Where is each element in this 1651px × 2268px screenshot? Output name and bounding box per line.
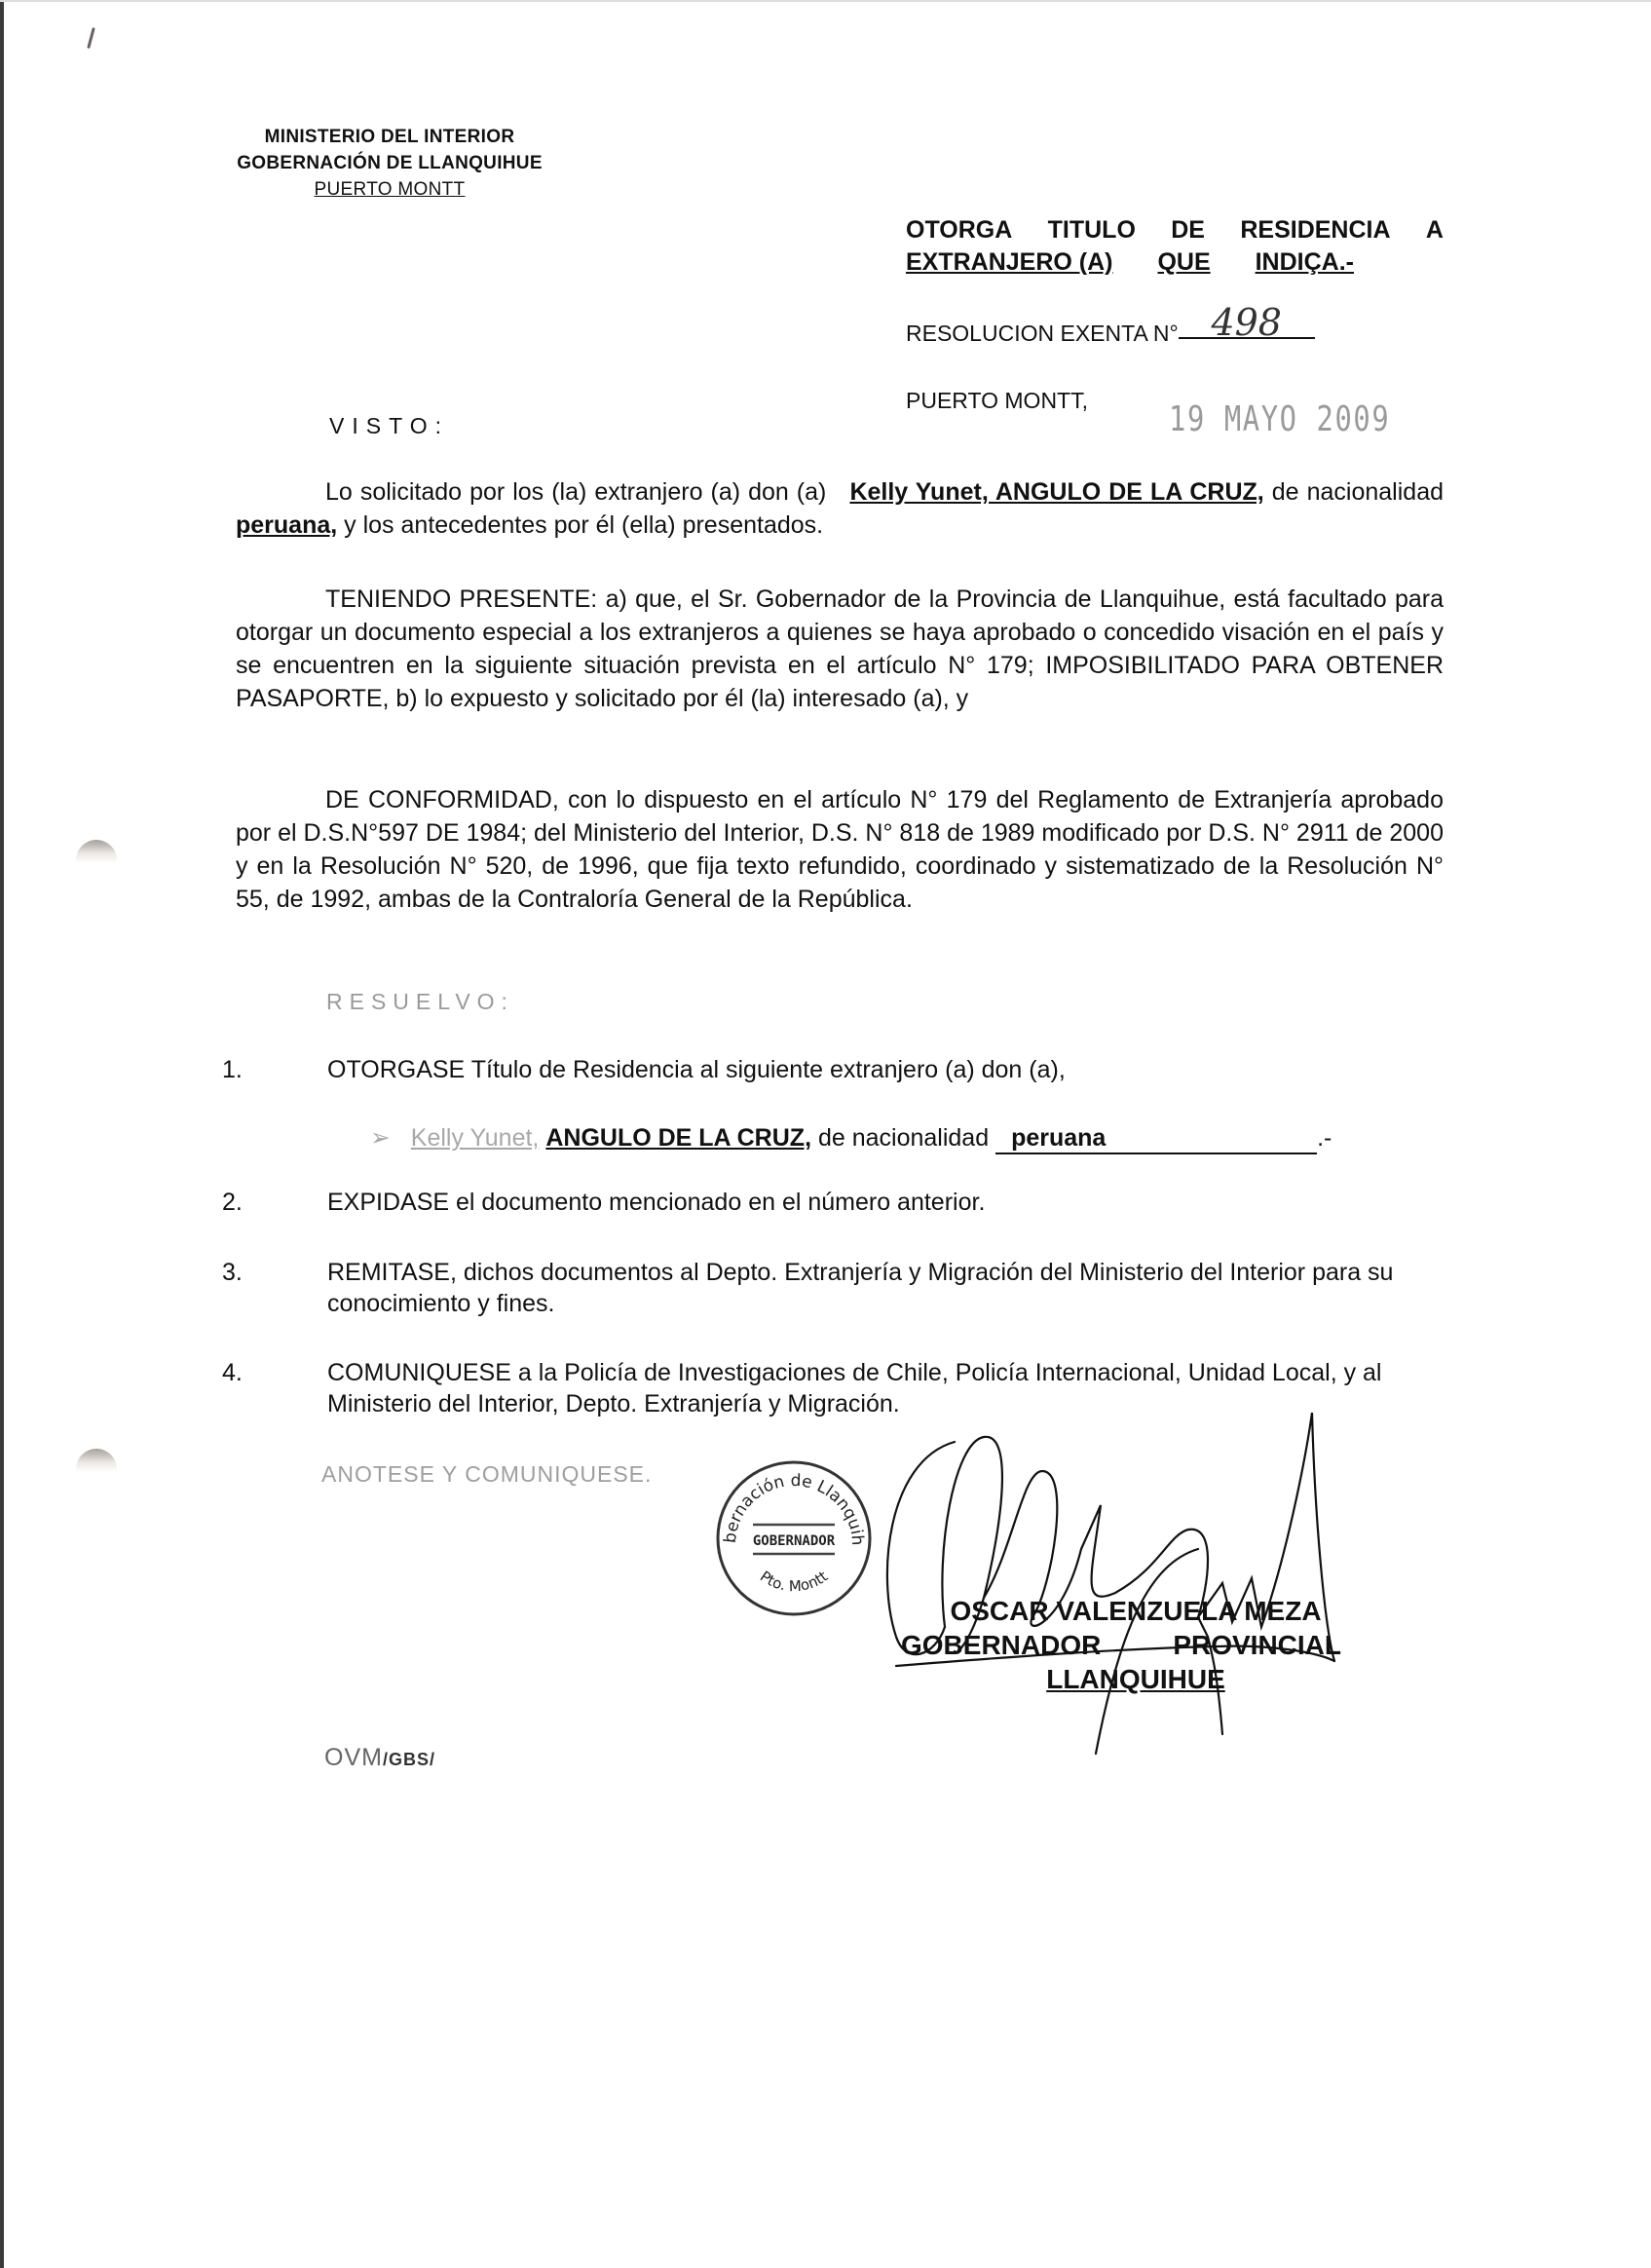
title-line-2: EXTRANJERO (A)QUEINDIÇA.- [906,246,1354,279]
item-number: 3. [222,1257,243,1288]
resolution-item-3: 3. REMITASE, dichos documentos al Depto.… [222,1257,1449,1319]
visto-heading: VISTO: [329,413,449,439]
beneficiary-nationality: peruana [1011,1124,1106,1152]
scan-artifact-mark [87,27,95,49]
visto-paragraph: Lo solicitado por los (la) extranjero (a… [236,475,1444,542]
beneficiary-surname: ANGULO DE LA CRUZ, [545,1124,811,1152]
title-word: QUE [1157,246,1210,279]
title-word: A [1426,214,1444,246]
initials-main: OVM [324,1744,383,1771]
svg-text:Pto. Montt: Pto. Montt [757,1568,831,1595]
resuelvo-heading: RESUELVO: [326,989,514,1015]
issuer-header: MINISTERIO DEL INTERIOR GOBERNACIÓN DE L… [224,124,555,203]
item-text: EXPIDASE el documento mencionado en el n… [327,1187,1449,1218]
title-line-1: OTORGATITULODERESIDENCIAA [906,214,1444,246]
item-number: 4. [222,1357,243,1388]
signer-block: OSCAR VALENZUELA MEZA GOBERNADOR PROVINC… [901,1594,1341,1696]
handwritten-signature [877,1403,1383,1773]
beneficiary-line: ➢ Kelly Yunet, ANGULO DE LA CRUZ, de nac… [370,1123,1332,1154]
teniendo-presente-text: TENIENDO PRESENTE: a) que, el Sr. Gobern… [236,586,1444,712]
punch-hole-mark [76,840,117,863]
punch-hole-mark [76,1449,117,1472]
initials-secondary: /GBS/ [383,1750,435,1769]
official-seal-stamp: Gobernación de Llanquihue GOBERNADOR Pto… [714,1458,874,1618]
resolution-label: RESOLUCION EXENTA N° [906,321,1179,346]
place-label: PUERTO MONTT, [906,388,1088,414]
applicant-name: Kelly Yunet, ANGULO DE LA CRUZ, [849,478,1263,506]
resolution-item-1: 1. OTORGASE Título de Residencia al sigu… [222,1054,1449,1085]
reference-initials: OVM/GBS/ [324,1744,435,1772]
signer-province: LLANQUIHUE [901,1662,1341,1696]
teniendo-presente-paragraph: TENIENDO PRESENTE: a) que, el Sr. Gobern… [236,583,1444,715]
governorate-name: GOBERNACIÓN DE LLANQUIHUE [224,150,555,176]
beneficiary-end: .- [1317,1124,1332,1152]
beneficiary-given-name: Kelly Yunet, [411,1124,540,1152]
title-word: OTORGA [906,214,1012,246]
visto-text-mid: de nacionalidad [1272,478,1444,506]
item-number: 2. [222,1187,243,1218]
visto-text-post: y los antecedentes por él (ella) present… [344,511,823,539]
seal-bottom-text: Pto. Montt [757,1568,831,1595]
resolution-item-2: 2. EXPIDASE el documento mencionado en e… [222,1187,1449,1218]
beneficiary-nationality-label: de nacionalidad [818,1124,989,1152]
conformidad-paragraph: DE CONFORMIDAD, con lo dispuesto en el a… [236,783,1444,916]
item-number: 1. [222,1054,243,1085]
resolution-number-line: RESOLUCION EXENTA N°498 [906,314,1315,347]
title-word: TITULO [1048,214,1136,246]
closing-formula: ANOTESE Y COMUNIQUESE. [321,1461,652,1488]
applicant-nationality: peruana, [236,511,337,539]
item-text: REMITASE, dichos documentos al Depto. Ex… [327,1257,1449,1319]
signer-title: GOBERNADOR PROVINCIAL [901,1628,1341,1662]
issuer-city: PUERTO MONTT [224,176,555,203]
item-text: OTORGASE Título de Residencia al siguien… [327,1054,1449,1085]
title-word: RESIDENCIA [1240,214,1390,246]
beneficiary-nationality-field: peruana [995,1124,1317,1154]
signer-name: OSCAR VALENZUELA MEZA [901,1594,1341,1628]
seal-center-text: GOBERNADOR [753,1533,836,1549]
signer-title-word-1: GOBERNADOR [901,1628,1101,1662]
scan-top-edge [0,0,1651,2]
visto-text-pre: Lo solicitado por los (la) extranjero (a… [325,478,826,506]
title-word: INDIÇA.- [1256,246,1354,279]
title-word: DE [1171,214,1205,246]
resolution-number: 498 [1179,308,1315,339]
title-word: EXTRANJERO (A) [906,246,1113,279]
bullet-arrow-icon: ➢ [370,1124,391,1152]
ministry-name: MINISTERIO DEL INTERIOR [224,124,555,150]
conformidad-text: DE CONFORMIDAD, con lo dispuesto en el a… [236,786,1444,913]
scan-edge [0,0,4,2268]
signer-title-word-2: PROVINCIAL [1173,1628,1341,1662]
document-title: OTORGATITULODERESIDENCIAA EXTRANJERO (A)… [906,214,1444,279]
date-stamp: 19 MAYO 2009 [1169,399,1390,439]
